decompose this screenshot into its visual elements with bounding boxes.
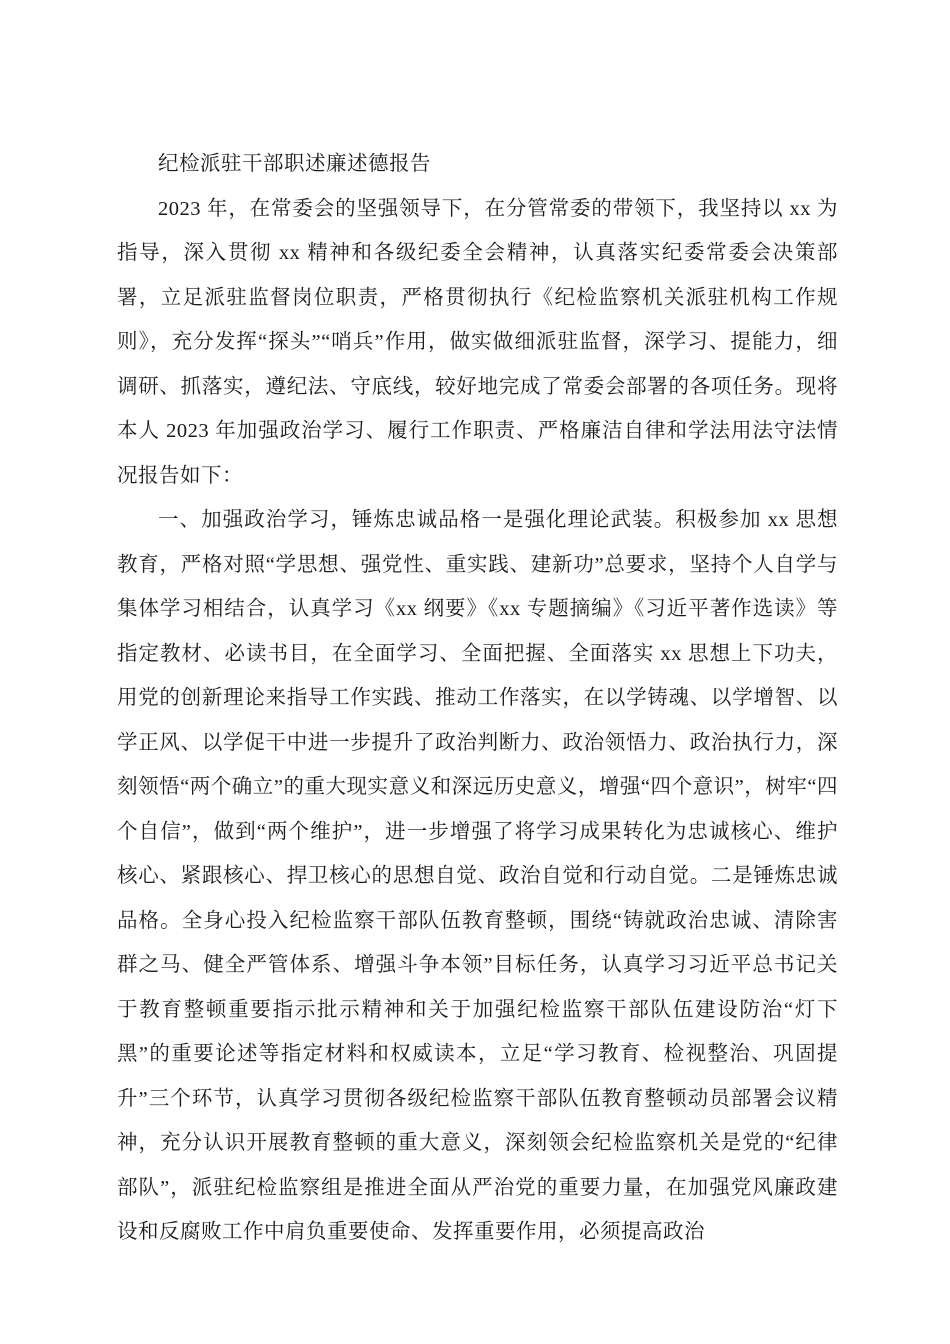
- document-body: 纪检派驻干部职述廉述德报告 2023 年，在常委会的坚强领导下，在分管常委的带领…: [117, 142, 838, 1255]
- paragraph-section-one: 一、加强政治学习，锤炼忠诚品格一是强化理论武装。积极参加 xx 思想教育，严格对…: [117, 498, 838, 1255]
- document-page: 纪检派驻干部职述廉述德报告 2023 年，在常委会的坚强领导下，在分管常委的带领…: [0, 0, 950, 1344]
- document-title: 纪检派驻干部职述廉述德报告: [117, 142, 838, 187]
- paragraph-intro: 2023 年，在常委会的坚强领导下，在分管常委的带领下，我坚持以 xx 为指导，…: [117, 187, 838, 499]
